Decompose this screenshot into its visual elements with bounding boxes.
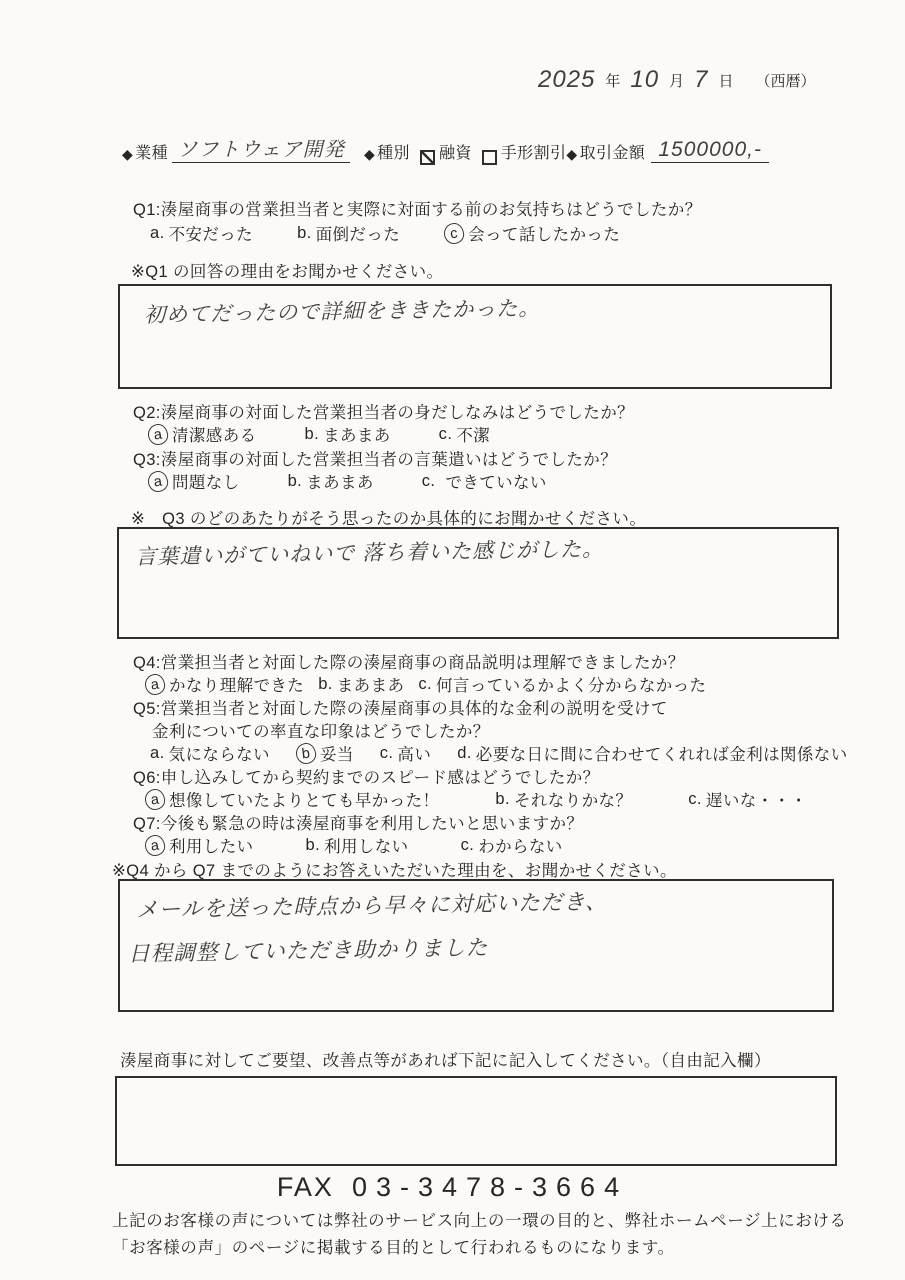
q3-option-a-selected: a 問題なし bbox=[148, 469, 240, 493]
option-label: 高い bbox=[397, 741, 431, 765]
q2-option-c: c. 不潔 bbox=[439, 422, 490, 446]
category-option-bill-discount: 手形割引 bbox=[501, 140, 567, 163]
q4-option-b: b. まあまあ bbox=[318, 672, 404, 696]
handwritten-free-comment bbox=[133, 1078, 835, 1090]
option-label: 面倒だった bbox=[316, 221, 401, 245]
q1-option-b: b. 面倒だった bbox=[297, 221, 400, 245]
free-comment-answer-box bbox=[115, 1076, 837, 1166]
fax-number: 03-3478-3664 bbox=[352, 1172, 628, 1202]
amount-value-field: 1500000,- bbox=[651, 138, 769, 163]
q4-options: a かなり理解できた b. まあまあ c. 何言っているかよく分からなかった bbox=[145, 672, 706, 696]
option-label: まあまあ bbox=[306, 469, 374, 493]
checkbox-loan-checked bbox=[420, 150, 435, 165]
question-q5-line1: Q5:営業担当者と対面した際の湊屋商事の具体的な金利の説明を受けて bbox=[133, 695, 668, 719]
q6-options: a 想像していたよりとても早かった！ b. それなりかな？ c. 遅いな・・・ bbox=[145, 787, 807, 811]
q4-option-a-selected: a かなり理解できた bbox=[145, 672, 304, 696]
diamond-icon: ◆ bbox=[122, 146, 133, 163]
question-q2: Q2:湊屋商事の対面した営業担当者の身だしなみはどうでしたか？ bbox=[133, 399, 634, 423]
diamond-icon: ◆ bbox=[364, 146, 375, 163]
q5-option-b-selected: b 妥当 bbox=[296, 741, 354, 765]
option-label: 不安だった bbox=[169, 221, 254, 245]
q7-option-c: c. わからない bbox=[461, 833, 563, 857]
option-key: b. bbox=[288, 472, 303, 491]
q5-option-c: c. 高い bbox=[380, 741, 431, 765]
option-label: 会って話したかった bbox=[468, 221, 620, 245]
question-q6: Q6:申し込みしてから契約までのスピード感はどうでしたか？ bbox=[133, 764, 600, 788]
hand-drawn-circle-annotation: a bbox=[147, 422, 169, 445]
handwritten-q1-reason: 初めてだったので詳細をききたかった。 bbox=[144, 287, 830, 329]
q3-options: a 問題なし b. まあまあ c. できていない bbox=[148, 469, 547, 493]
q6-option-b: b. それなりかな？ bbox=[495, 787, 632, 811]
date-line: 2025 年 10 月 7 日 （西暦） bbox=[528, 68, 816, 92]
q3-reason-prompt: ※ Q3 のどのあたりがそう思ったのか具体的にお聞かせください。 bbox=[131, 505, 646, 529]
q7-option-a-selected: a 利用したい bbox=[145, 833, 254, 857]
q4-q7-reason-answer-box: メールを送った時点から早々に対応いただき、 日程調整していただき助かりました bbox=[118, 879, 834, 1012]
handwritten-q4-q7-reason-line1: メールを送った時点から早々に対応いただき、 bbox=[136, 881, 832, 924]
category-label: 種別 bbox=[377, 140, 410, 163]
handwritten-day: 7 bbox=[694, 68, 708, 92]
option-key: c. bbox=[422, 472, 436, 491]
option-key: b. bbox=[297, 224, 312, 243]
hand-drawn-circle-annotation: c bbox=[443, 221, 465, 244]
q1-reason-answer-box: 初めてだったので詳細をききたかった。 bbox=[118, 284, 832, 389]
industry-value-field: ソフトウェア開発 bbox=[172, 133, 350, 163]
option-label: 利用したい bbox=[169, 833, 254, 857]
diamond-icon: ◆ bbox=[566, 146, 577, 163]
option-key: c. bbox=[418, 675, 432, 694]
q7-option-b: b. 利用しない bbox=[306, 833, 409, 857]
footer-note-line2: 「お客様の声」のページに掲載する目的として行われるものになります。 bbox=[112, 1234, 675, 1258]
q2-option-b: b. まあまあ bbox=[305, 422, 391, 446]
option-key: a. bbox=[150, 744, 165, 763]
option-key: a. bbox=[150, 224, 165, 243]
question-q1: Q1:湊屋商事の営業担当者と実際に対面する前のお気持ちはどうでしたか？ bbox=[133, 196, 702, 220]
question-q4: Q4:営業担当者と対面した際の湊屋商事の商品説明は理解できましたか？ bbox=[133, 649, 685, 673]
option-key: c. bbox=[688, 790, 702, 809]
day-label: 日 bbox=[718, 71, 733, 92]
hand-drawn-circle-annotation: a bbox=[144, 787, 166, 810]
option-key: c. bbox=[380, 744, 394, 763]
free-comment-prompt: 湊屋商事に対してご要望、改善点等があれば下記に記入してください。（自由記入欄） bbox=[120, 1047, 771, 1071]
option-label: わからない bbox=[478, 833, 563, 857]
question-q7: Q7:今後も緊急の時は湊屋商事を利用したいと思いますか？ bbox=[133, 810, 583, 834]
handwritten-month: 10 bbox=[630, 68, 659, 92]
option-label: 利用しない bbox=[324, 833, 409, 857]
q7-options: a 利用したい b. 利用しない c. わからない bbox=[145, 833, 563, 857]
q1-options: a. 不安だった b. 面倒だった c 会って話したかった bbox=[150, 221, 620, 245]
year-label: 年 bbox=[605, 71, 620, 92]
footer-note-line1: 上記のお客様の声については弊社のサービス向上の一環の目的と、弊社ホームページ上に… bbox=[112, 1207, 847, 1231]
option-key: c. bbox=[461, 836, 475, 855]
option-label: まあまあ bbox=[337, 672, 405, 696]
option-key: b. bbox=[318, 675, 333, 694]
question-q3: Q3:湊屋商事の対面した営業担当者の言葉遣いはどうでしたか？ bbox=[133, 446, 617, 470]
q5-option-d: d. 必要な日に間に合わせてくれれば金利は関係ない bbox=[457, 741, 847, 765]
q3-option-c: c. できていない bbox=[422, 469, 547, 493]
amount-label: 取引金額 bbox=[580, 140, 646, 163]
option-label: 遅いな・・・ bbox=[706, 787, 807, 811]
q6-option-a-selected: a 想像していたよりとても早かった！ bbox=[145, 787, 439, 811]
handwritten-q4-q7-reason-line2: 日程調整していただき助かりました bbox=[128, 925, 832, 968]
option-key: d. bbox=[457, 744, 472, 763]
question-q5-line2: 金利についての率直な印象はどうでしたか？ bbox=[152, 718, 490, 742]
q2-options: a 清潔感ある b. まあまあ c. 不潔 bbox=[148, 422, 490, 446]
option-label: それなりかな？ bbox=[514, 787, 632, 811]
option-key: b. bbox=[495, 790, 510, 809]
hand-drawn-circle-annotation: b bbox=[295, 741, 317, 764]
header-line: ◆ 業種 ソフトウェア開発 ◆ 種別 融資 手形割引 ◆ 取引金額 150000… bbox=[122, 133, 769, 163]
option-label: 想像していたよりとても早かった！ bbox=[169, 787, 439, 811]
q5-option-a: a. 気にならない bbox=[150, 741, 270, 765]
fax-line: FAX03-3478-3664 bbox=[0, 1172, 905, 1203]
option-key: b. bbox=[306, 836, 321, 855]
option-label: 不潔 bbox=[456, 422, 490, 446]
hand-drawn-circle-annotation: a bbox=[144, 833, 166, 856]
q5-options: a. 気にならない b 妥当 c. 高い d. 必要な日に間に合わせてくれれば金… bbox=[150, 741, 848, 765]
q1-reason-prompt: ※Q1 の回答の理由をお聞かせください。 bbox=[131, 258, 443, 282]
q3-reason-answer-box: 言葉遣いがていねいで 落ち着いた感じがした。 bbox=[117, 527, 839, 639]
category-option-loan: 融資 bbox=[439, 140, 472, 163]
q4-option-c: c. 何言っているかよく分からなかった bbox=[418, 672, 706, 696]
option-label: 必要な日に間に合わせてくれれば金利は関係ない bbox=[476, 741, 848, 765]
month-label: 月 bbox=[669, 71, 684, 92]
q3-option-b: b. まあまあ bbox=[288, 469, 374, 493]
option-label: 清潔感ある bbox=[172, 422, 257, 446]
scanned-survey-form: 2025 年 10 月 7 日 （西暦） ◆ 業種 ソフトウェア開発 ◆ 種別 … bbox=[0, 0, 905, 1280]
hand-drawn-circle-annotation: a bbox=[144, 672, 166, 695]
option-label: まあまあ bbox=[323, 422, 391, 446]
option-label: 妥当 bbox=[320, 741, 354, 765]
option-label: 何言っているかよく分からなかった bbox=[436, 672, 706, 696]
q2-option-a-selected: a 清潔感ある bbox=[148, 422, 257, 446]
q6-option-c: c. 遅いな・・・ bbox=[688, 787, 807, 811]
fax-label: FAX bbox=[277, 1172, 334, 1202]
option-key: c. bbox=[439, 425, 453, 444]
option-label: 問題なし bbox=[172, 469, 240, 493]
handwritten-q3-reason: 言葉遣いがていねいで 落ち着いた感じがした。 bbox=[135, 529, 837, 571]
q1-option-c-selected: c 会って話したかった bbox=[444, 221, 620, 245]
option-label: 気にならない bbox=[169, 741, 270, 765]
q1-option-a: a. 不安だった bbox=[150, 221, 253, 245]
q4-q7-reason-prompt: ※Q4 から Q7 までのようにお答えいただいた理由を、お聞かせください。 bbox=[112, 857, 677, 881]
industry-label: 業種 bbox=[135, 140, 168, 163]
option-label: かなり理解できた bbox=[169, 672, 304, 696]
option-key: b. bbox=[305, 425, 320, 444]
hand-drawn-circle-annotation: a bbox=[147, 469, 169, 492]
calendar-note: （西暦） bbox=[756, 71, 816, 92]
handwritten-year: 2025 bbox=[538, 68, 595, 92]
checkbox-bill-discount bbox=[482, 150, 497, 165]
option-label: できていない bbox=[445, 469, 546, 493]
